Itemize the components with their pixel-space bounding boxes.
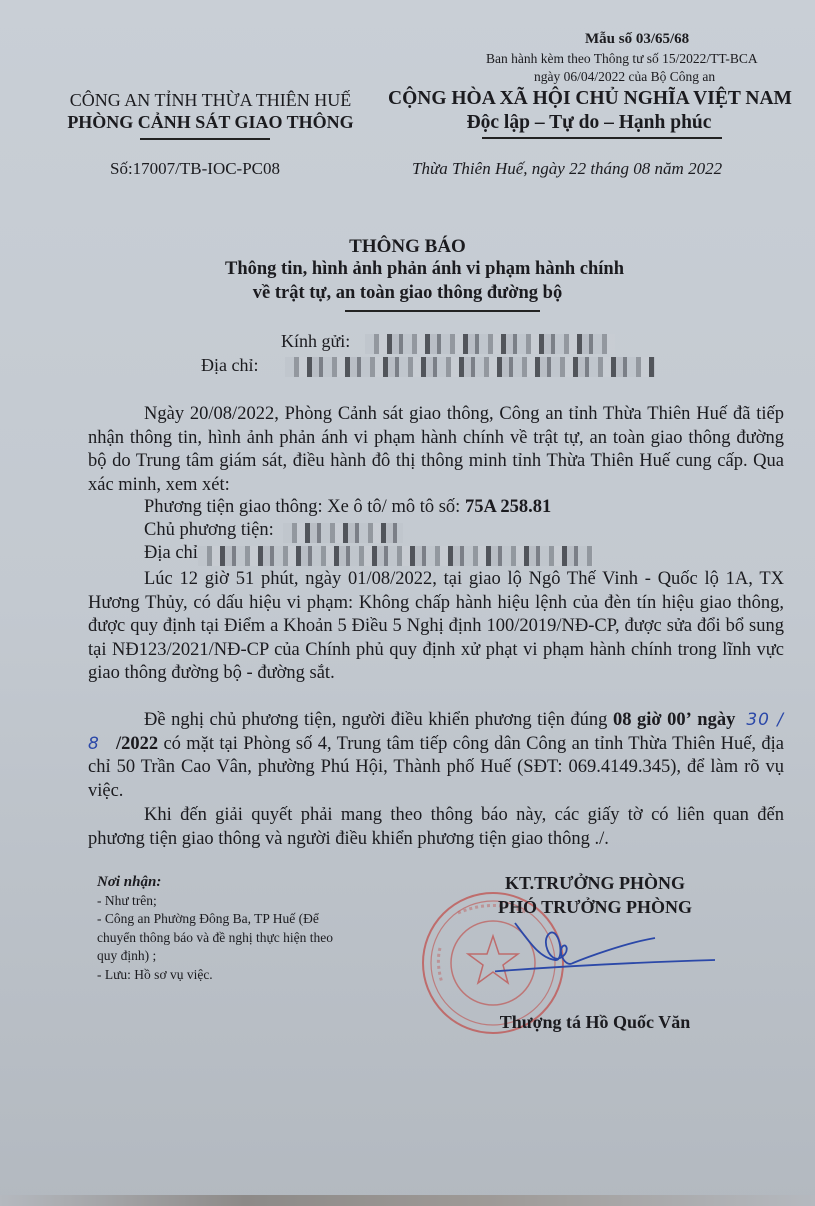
redacted-recipient-name [365, 334, 615, 354]
agency-header: CÔNG AN TỈNH THỪA THIÊN HUẾ PHÒNG CẢNH S… [58, 89, 363, 133]
national-header: CỘNG HÒA XÃ HỘI CHỦ NGHĨA VIỆT NAM Độc l… [388, 87, 790, 135]
notice-subtitle-2: về trật tự, an toàn giao thông đường bộ [0, 283, 815, 304]
redacted-owner-name [283, 523, 403, 543]
national-title: CỘNG HÒA XÃ HỘI CHỦ NGHĨA VIỆT NAM [388, 87, 790, 111]
notice-document: Mẫu số 03/65/68 Ban hành kèm theo Thông … [0, 0, 815, 1206]
agency-underline [140, 138, 270, 140]
owner-address-label: Địa chỉ [144, 543, 198, 563]
redacted-owner-address [198, 546, 593, 566]
paragraph-receipt: Ngày 20/08/2022, Phòng Cảnh sát giao thô… [88, 403, 784, 497]
title-underline [345, 310, 540, 312]
recipient-address-label: Địa chỉ: [201, 355, 258, 376]
agency-parent: CÔNG AN TỈNH THỪA THIÊN HUẾ [58, 89, 363, 111]
signature-line-1: KT.TRƯỞNG PHÒNG [430, 871, 760, 895]
form-issued-line-2: ngày 06/04/2022 của Bộ Công an [534, 69, 715, 85]
paragraph-documents: Khi đến giải quyết phải mang theo thông … [88, 804, 784, 851]
vehicle-label: Phương tiện giao thông: Xe ô tô/ mô tô s… [144, 497, 465, 517]
receivers-list: Nơi nhận: - Như trên; - Công an Phường Đ… [97, 873, 337, 984]
recipient-label: Kính gửi: [281, 331, 350, 352]
redacted-recipient-address [285, 357, 655, 377]
national-motto: Độc lập – Tự do – Hạnh phúc [388, 111, 790, 135]
notice-title: THÔNG BÁO [0, 236, 815, 258]
receivers-heading: Nơi nhận: [97, 873, 337, 892]
owner-address-line: Địa chỉ [144, 543, 198, 564]
place-date: Thừa Thiên Huế, ngày 22 tháng 08 năm 202… [412, 159, 722, 179]
agency-department: PHÒNG CẢNH SÁT GIAO THÔNG [58, 111, 363, 133]
handwritten-signature-icon [495, 918, 735, 978]
paragraph-violation: Lúc 12 giờ 51 phút, ngày 01/08/2022, tại… [88, 568, 784, 686]
doc-number: Số:17007/TB-IOC-PC08 [110, 159, 280, 179]
summons-year: /2022 [116, 734, 158, 754]
form-code: Mẫu số 03/65/68 [585, 31, 689, 48]
vehicle-plate: 75A 258.81 [465, 497, 551, 517]
notice-subtitle-1: Thông tin, hình ảnh phản ánh vi phạm hàn… [17, 259, 815, 280]
signer-name: Thượng tá Hồ Quốc Văn [430, 1012, 760, 1033]
signature-line-2: PHÓ TRƯỞNG PHÒNG [430, 895, 760, 919]
paragraph-summons: Đề nghị chủ phương tiện, người điều khiể… [88, 709, 784, 803]
owner-label: Chủ phương tiện: [144, 520, 274, 540]
vehicle-line: Phương tiện giao thông: Xe ô tô/ mô tô s… [144, 497, 551, 518]
summons-day-label: ngày [697, 710, 735, 730]
owner-line: Chủ phương tiện: [144, 520, 274, 541]
summons-time: 08 giờ 00’ [613, 710, 692, 730]
motto-underline [482, 137, 722, 139]
receiver-item: - Lưu: Hồ sơ vụ việc. [97, 966, 337, 985]
receiver-item: - Như trên; [97, 892, 337, 911]
page-bottom-edge [0, 1195, 815, 1206]
receiver-item: - Công an Phường Đông Ba, TP Huế (Để chu… [97, 910, 337, 966]
signature-title: KT.TRƯỞNG PHÒNG PHÓ TRƯỞNG PHÒNG [430, 871, 760, 919]
form-issued-line-1: Ban hành kèm theo Thông tư số 15/2022/TT… [486, 51, 758, 67]
